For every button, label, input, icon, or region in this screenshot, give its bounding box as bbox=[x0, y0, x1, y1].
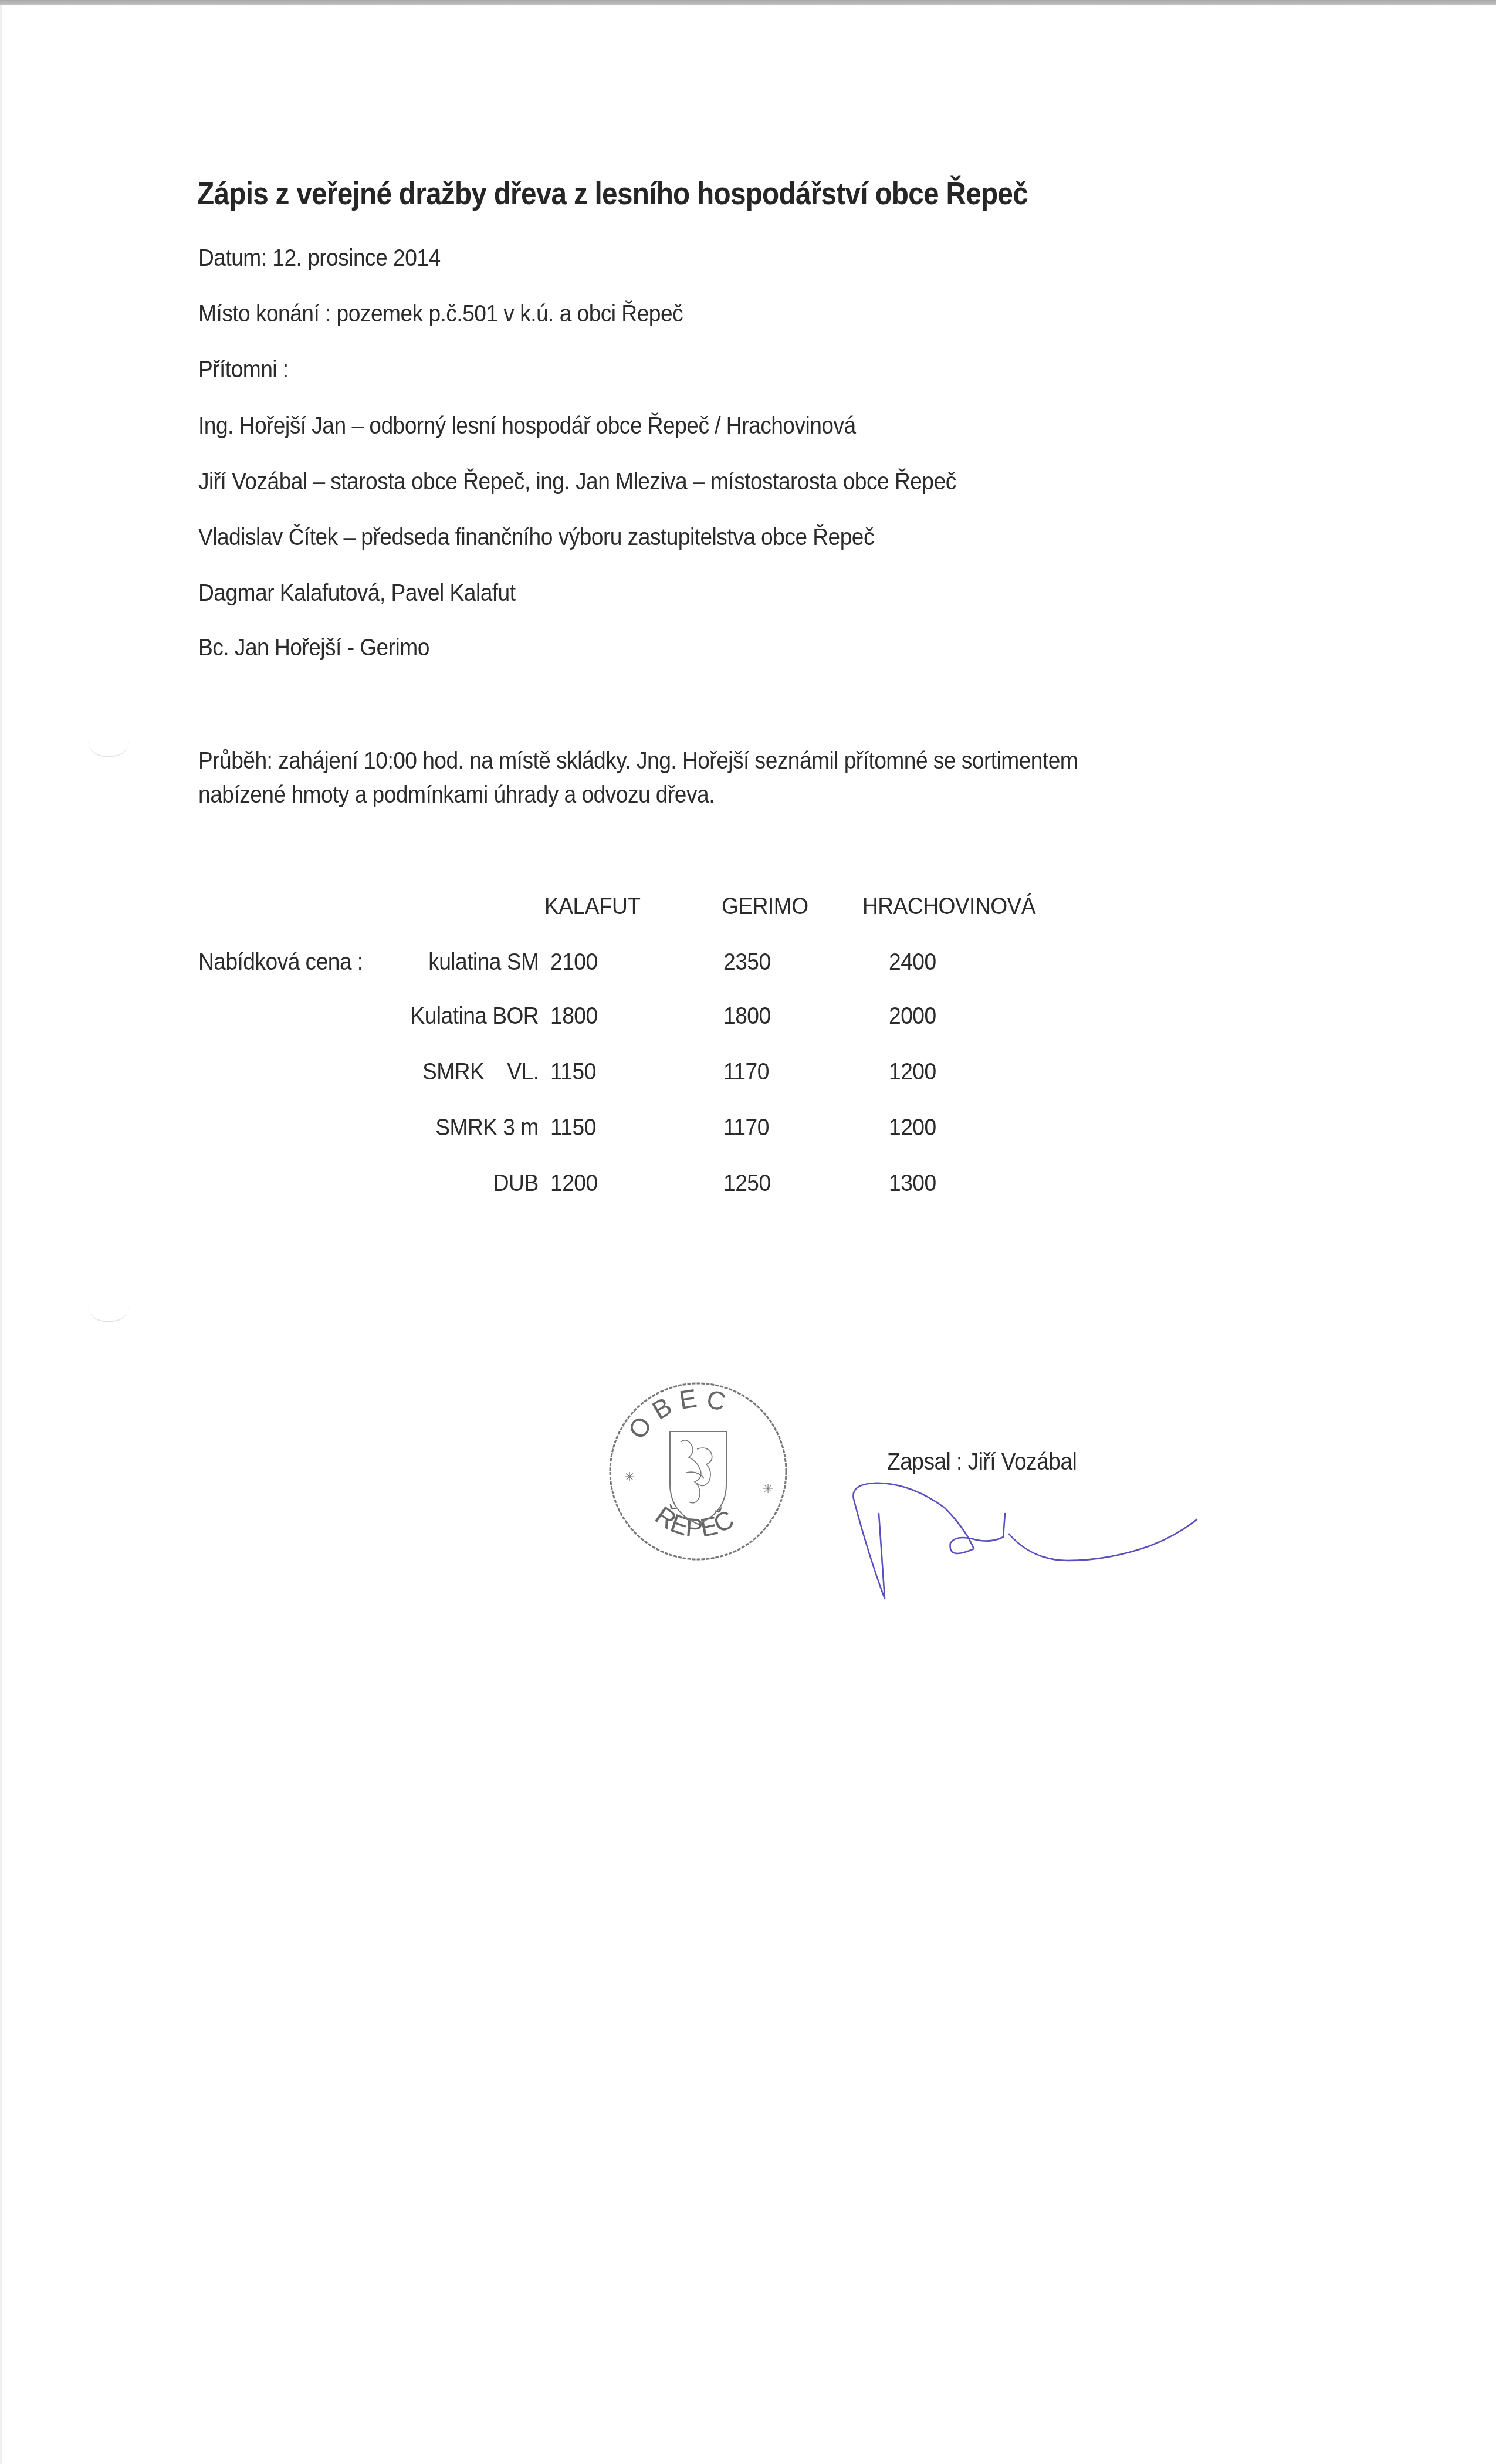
price-cell: 1150 bbox=[550, 1115, 596, 1141]
place-line: Místo konání : pozemek p.č.501 v k.ú. a … bbox=[198, 301, 683, 327]
stamp-star-icon: ✳ bbox=[624, 1470, 635, 1484]
stamp-top-text: O B E C bbox=[623, 1384, 729, 1444]
row-group-label: Nabídková cena : bbox=[198, 949, 363, 976]
price-cell: 1300 bbox=[889, 1170, 936, 1197]
progress-line: Průběh: zahájení 10:00 hod. na místě skl… bbox=[198, 748, 1078, 774]
price-cell: 1800 bbox=[723, 1003, 771, 1030]
column-header-hrachovinova: HRACHOVINOVÁ bbox=[862, 893, 1035, 920]
column-header-gerimo: GERIMO bbox=[722, 893, 808, 920]
signature bbox=[839, 1473, 1214, 1625]
municipal-stamp: O B E C ŘEPEČ ✳ ✳ bbox=[598, 1373, 798, 1572]
recorded-by: Zapsal : Jiří Vozábal bbox=[887, 1449, 1077, 1475]
row-label: kulatina SM bbox=[428, 949, 539, 976]
price-cell: 1200 bbox=[889, 1059, 936, 1085]
date-line: Datum: 12. prosince 2014 bbox=[198, 245, 441, 272]
price-cell: 1200 bbox=[550, 1170, 598, 1197]
row-label: SMRK 3 m bbox=[436, 1115, 539, 1141]
row-label: DUB bbox=[493, 1170, 539, 1197]
price-cell: 2400 bbox=[889, 949, 936, 976]
price-cell: 1200 bbox=[889, 1115, 936, 1141]
attendee-line: Dagmar Kalafutová, Pavel Kalafut bbox=[198, 580, 515, 607]
price-cell: 1170 bbox=[723, 1059, 769, 1085]
attendees-label: Přítomni : bbox=[198, 357, 289, 383]
price-cell: 2350 bbox=[723, 949, 771, 976]
price-cell: 1150 bbox=[550, 1059, 596, 1085]
punch-hole-mark bbox=[88, 740, 129, 757]
row-label: Kulatina BOR bbox=[410, 1003, 539, 1030]
document-page: Zápis z veřejné dražby dřeva z lesního h… bbox=[0, 0, 1496, 2464]
document-title: Zápis z veřejné dražby dřeva z lesního h… bbox=[197, 176, 1028, 212]
price-cell: 1800 bbox=[550, 1003, 598, 1030]
attendee-line: Ing. Hořejší Jan – odborný lesní hospodá… bbox=[198, 413, 856, 439]
punch-hole-mark bbox=[88, 1305, 129, 1322]
stamp-star-icon: ✳ bbox=[763, 1481, 773, 1496]
column-header-kalafut: KALAFUT bbox=[544, 893, 641, 920]
progress-line: nabízené hmoty a podmínkami úhrady a odv… bbox=[198, 782, 715, 808]
price-cell: 2000 bbox=[889, 1003, 936, 1030]
price-cell: 2100 bbox=[550, 949, 598, 976]
attendee-line: Bc. Jan Hořejší - Gerimo bbox=[198, 635, 429, 661]
price-cell: 1250 bbox=[723, 1170, 771, 1197]
attendee-line: Jiří Vozábal – starosta obce Řepeč, ing.… bbox=[198, 469, 956, 495]
attendee-line: Vladislav Čítek – předseda finančního vý… bbox=[198, 524, 874, 551]
row-label: SMRK VL. bbox=[422, 1059, 539, 1085]
price-cell: 1170 bbox=[723, 1115, 769, 1141]
